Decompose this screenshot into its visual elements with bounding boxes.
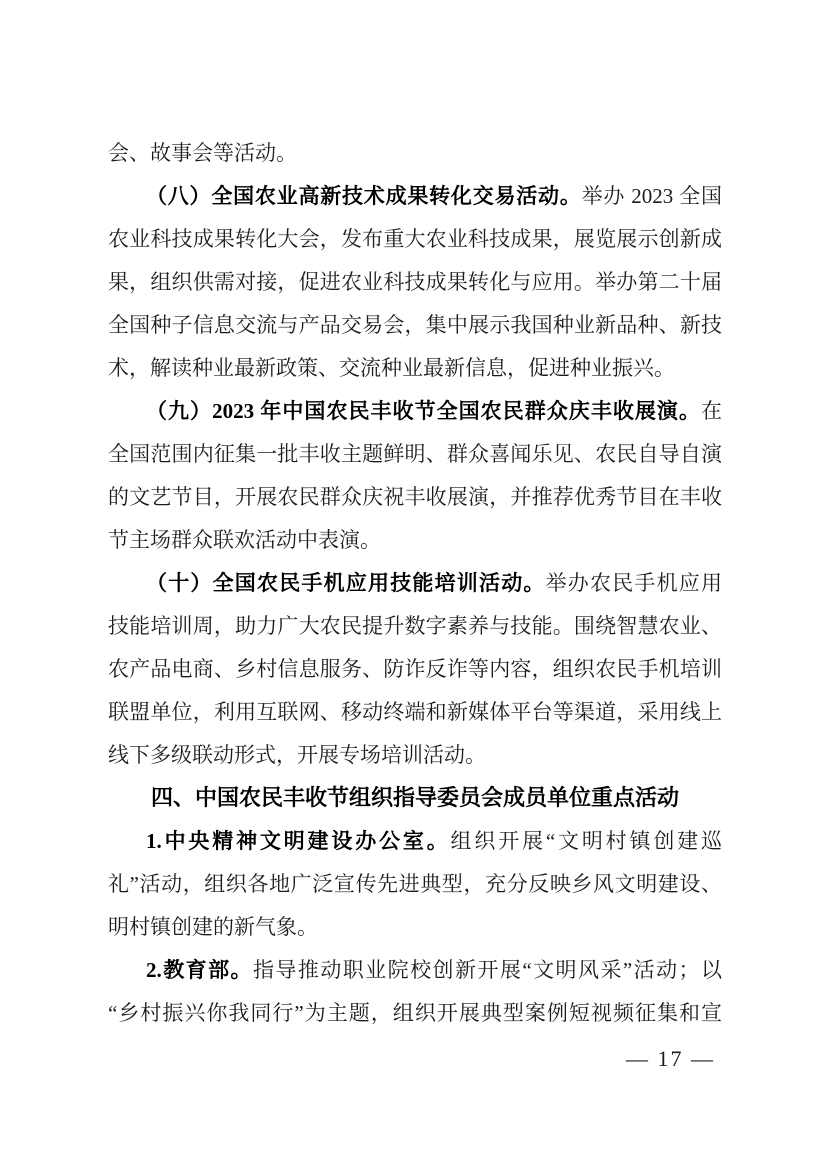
body-text: 明村镇创建的新气象。 [108, 915, 318, 939]
body-text: 农产品电商、乡村信息服务、防诈反诈等内容，组织农民手机培训 [108, 657, 722, 681]
body-text: 节主场群众联欢活动中表演。 [108, 528, 381, 552]
text-line: 明村镇创建的新气象。 [108, 906, 722, 949]
text-line: 线下多级联动形式，开展专场培训活动。 [108, 734, 722, 777]
lead-in-bold-text: （十）全国农民手机应用技能培训活动。 [146, 571, 546, 595]
text-line: 全国种子信息交流与产品交易会，集中展示我国种业新品种、新技 [108, 304, 722, 347]
body-text: 农业科技成果转化大会，发布重大农业科技成果，展览展示创新成 [108, 227, 722, 251]
body-text: 组织开展“文明村镇创建巡 [451, 829, 722, 853]
body-text: 在 [701, 399, 722, 423]
document-body: 会、故事会等活动。（八）全国农业高新技术成果转化交易活动。举办 2023 全国农… [108, 132, 722, 1035]
lead-in-bold-text: （八）全国农业高新技术成果转化交易活动。 [146, 184, 582, 208]
text-line: 果，组织供需对接，促进农业科技成果转化与应用。举办第二十届 [108, 261, 722, 304]
section-heading: 四、中国农民丰收节组织指导委员会成员单位重点活动 [108, 777, 722, 820]
page-number: — 17 — [626, 1044, 715, 1074]
body-text: 联盟单位，利用互联网、移动终端和新媒体平台等渠道，采用线上 [108, 700, 722, 724]
text-line: 礼”活动，组织各地广泛宣传先进典型，充分反映乡风文明建设、文 [108, 863, 722, 906]
lead-in-bold-text: 四、中国农民丰收节组织指导委员会成员单位重点活动 [151, 786, 679, 811]
body-text: 果，组织供需对接，促进农业科技成果转化与应用。举办第二十届 [108, 270, 722, 294]
body-text: 的文艺节目，开展农民群众庆祝丰收展演，并推荐优秀节目在丰收 [108, 485, 722, 509]
body-text: 全国范围内征集一批丰收主题鲜明、群众喜闻乐见、农民自导自演 [108, 442, 722, 466]
body-text: 礼”活动，组织各地广泛宣传先进典型，充分反映乡风文明建设、文 [108, 872, 722, 906]
body-text: 会、故事会等活动。 [108, 141, 297, 165]
body-text: “乡村振兴你我同行”为主题，组织开展典型案例短视频征集和宣 [108, 1001, 722, 1025]
body-text: 术，解读种业最新政策、交流种业最新信息，促进种业振兴。 [108, 356, 675, 380]
text-line: 1.中央精神文明建设办公室。组织开展“文明村镇创建巡 [108, 820, 722, 863]
body-text: 全国种子信息交流与产品交易会，集中展示我国种业新品种、新技 [108, 313, 722, 337]
text-line: （八）全国农业高新技术成果转化交易活动。举办 2023 全国 [108, 175, 722, 218]
text-line: 联盟单位，利用互联网、移动终端和新媒体平台等渠道，采用线上 [108, 691, 722, 734]
text-line: 会、故事会等活动。 [108, 132, 722, 175]
text-line: 技能培训周，助力广大农民提升数字素养与技能。围绕智慧农业、 [108, 605, 722, 648]
text-line: 节主场群众联欢活动中表演。 [108, 519, 722, 562]
body-text: 技能培训周，助力广大农民提升数字素养与技能。围绕智慧农业、 [108, 614, 722, 638]
lead-in-bold-text: （九）2023 年中国农民丰收节全国农民群众庆丰收展演。 [146, 399, 701, 423]
document-page: 会、故事会等活动。（八）全国农业高新技术成果转化交易活动。举办 2023 全国农… [0, 0, 827, 1169]
text-line: 农产品电商、乡村信息服务、防诈反诈等内容，组织农民手机培训 [108, 648, 722, 691]
lead-in-bold-text: 2.教育部。 [146, 958, 253, 982]
body-text: 举办农民手机应用 [546, 571, 722, 595]
text-line: （十）全国农民手机应用技能培训活动。举办农民手机应用 [108, 562, 722, 605]
lead-in-bold-text: 1.中央精神文明建设办公室。 [146, 829, 451, 853]
body-text: 指导推动职业院校创新开展“文明风采”活动；以 [253, 958, 722, 982]
text-line: （九）2023 年中国农民丰收节全国农民群众庆丰收展演。在 [108, 390, 722, 433]
text-line: 全国范围内征集一批丰收主题鲜明、群众喜闻乐见、农民自导自演 [108, 433, 722, 476]
body-text: 线下多级联动形式，开展专场培训活动。 [108, 743, 486, 767]
text-line: 术，解读种业最新政策、交流种业最新信息，促进种业振兴。 [108, 347, 722, 390]
text-line: “乡村振兴你我同行”为主题，组织开展典型案例短视频征集和宣 [108, 992, 722, 1035]
body-text: 举办 2023 全国 [582, 184, 722, 208]
text-line: 的文艺节目，开展农民群众庆祝丰收展演，并推荐优秀节目在丰收 [108, 476, 722, 519]
text-line: 农业科技成果转化大会，发布重大农业科技成果，展览展示创新成 [108, 218, 722, 261]
text-line: 2.教育部。指导推动职业院校创新开展“文明风采”活动；以 [108, 949, 722, 992]
